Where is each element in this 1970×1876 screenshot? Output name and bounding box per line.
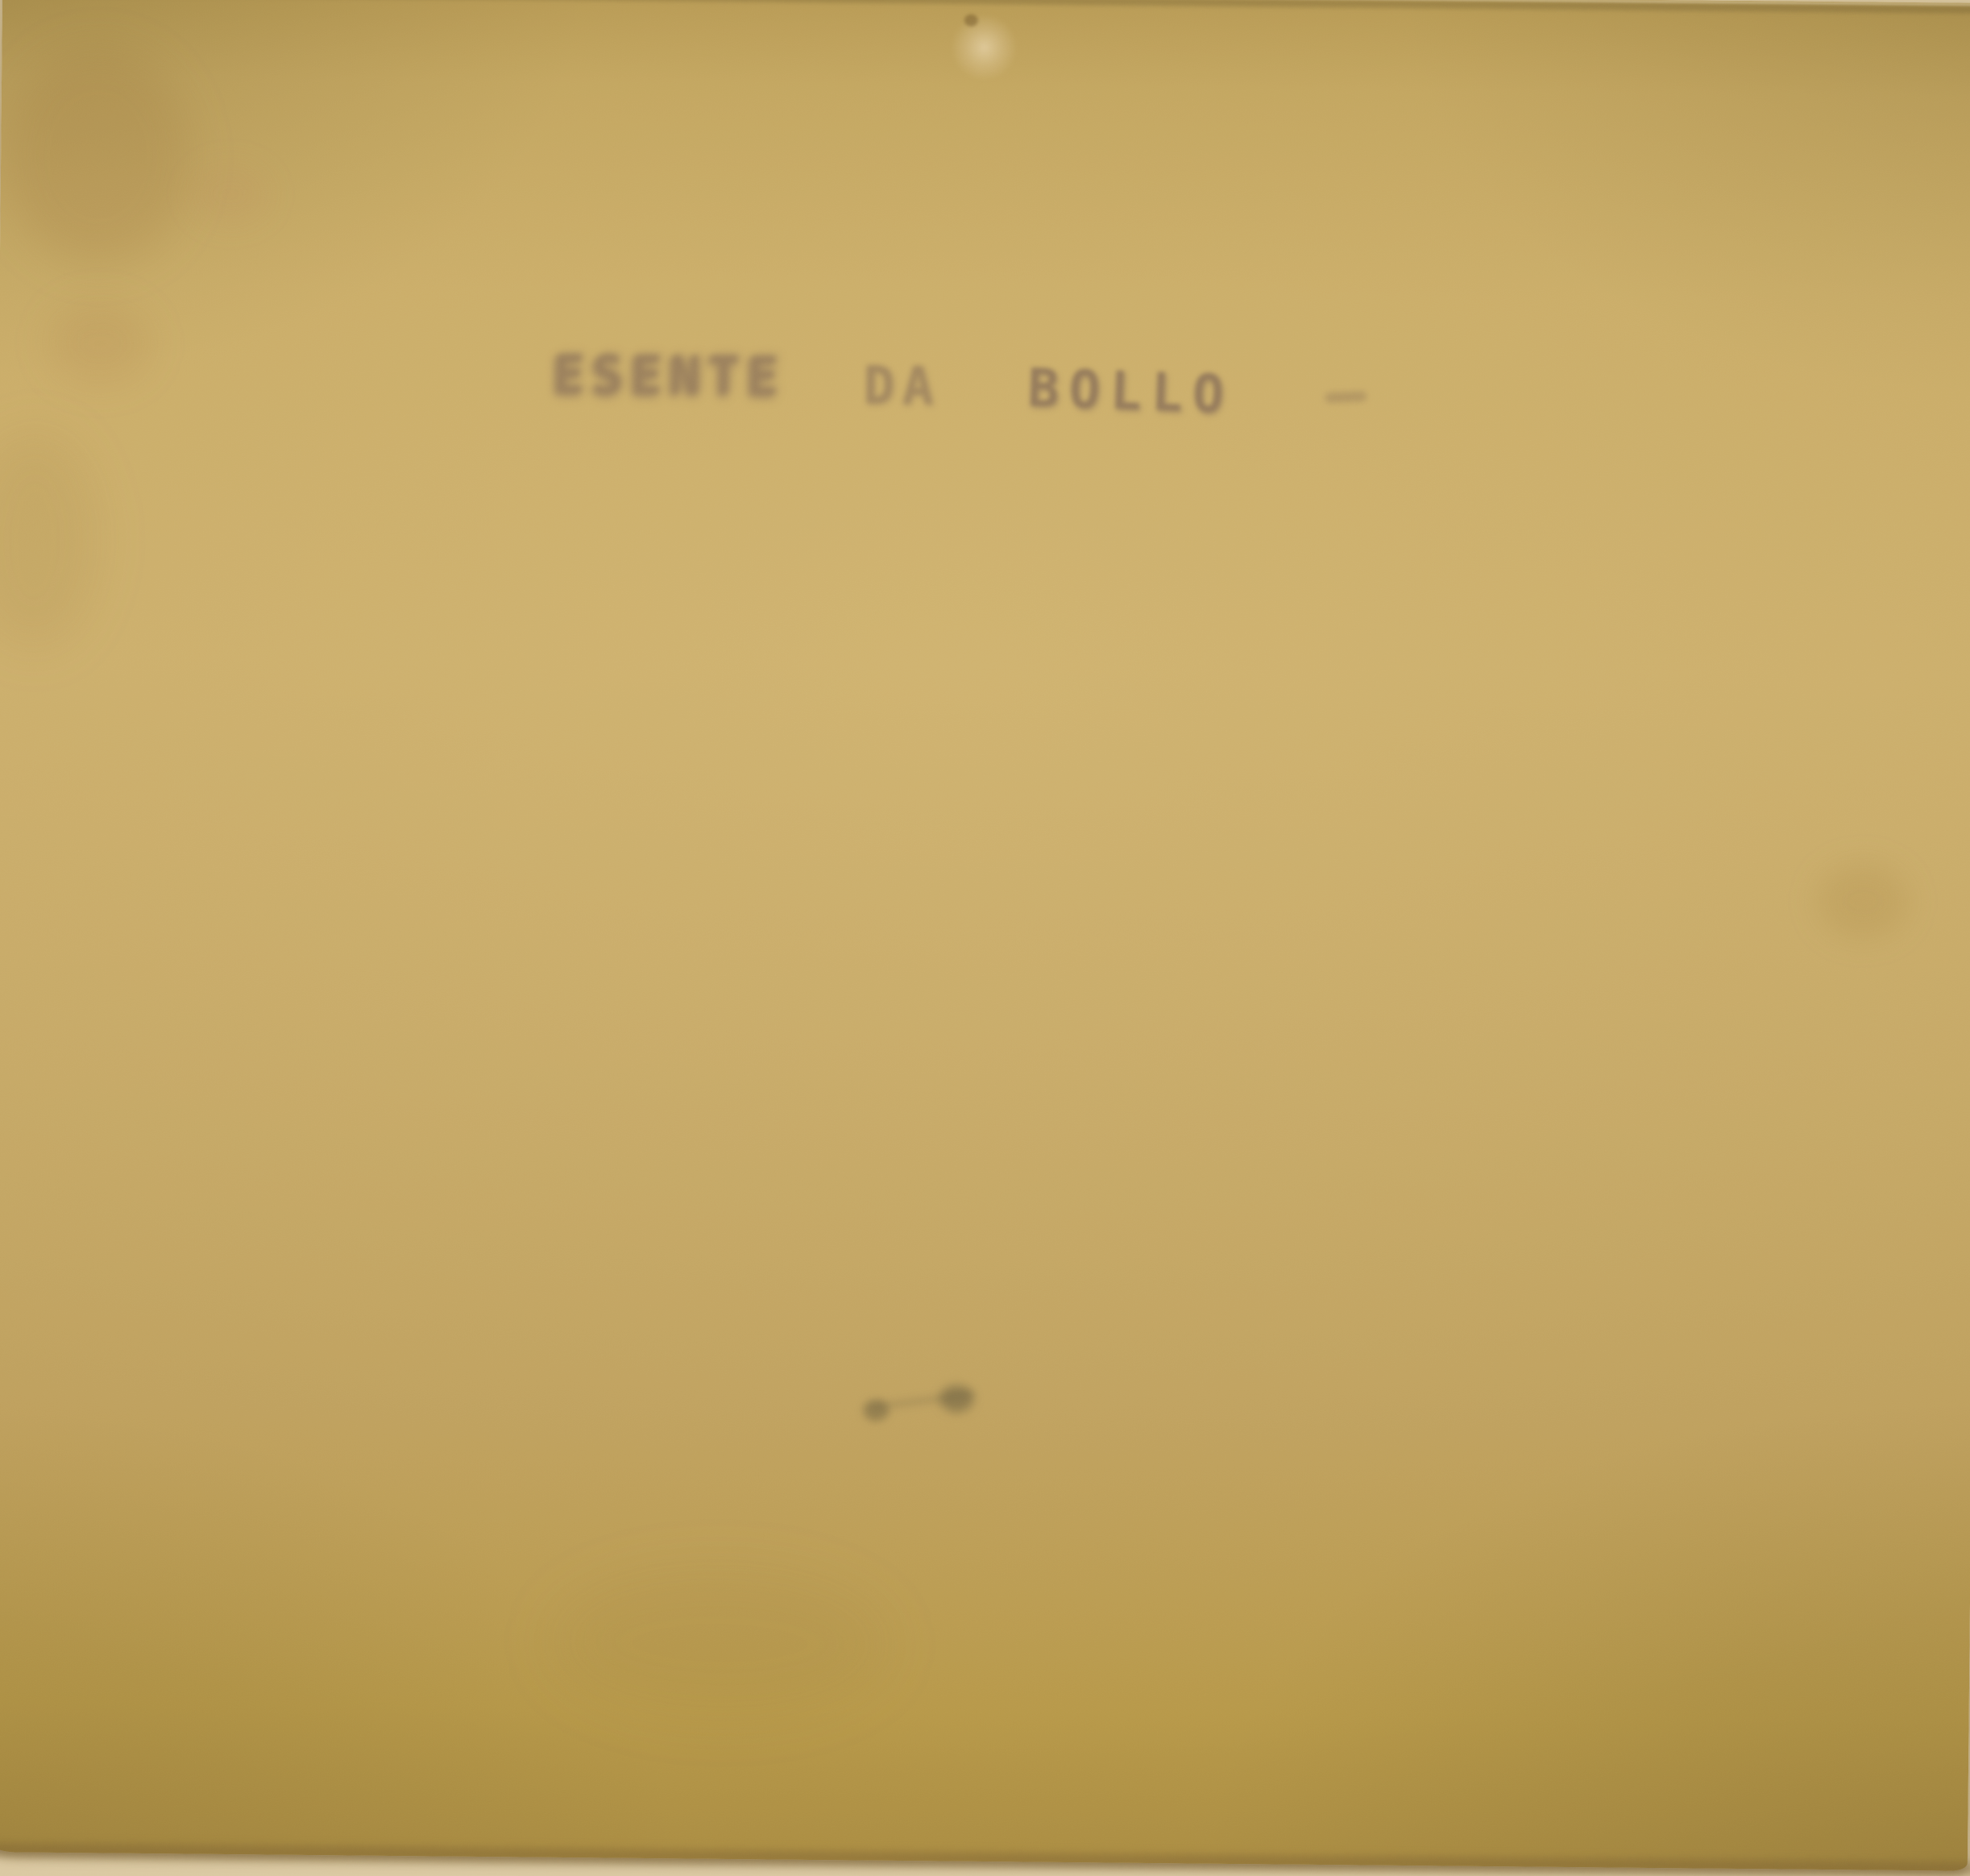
stain-mark: [47, 301, 152, 386]
stain-mark: [5, 47, 193, 266]
faint-dash-mark: [1325, 391, 1367, 403]
ink-smudge-dot: [939, 1384, 973, 1412]
stain-mark: [192, 165, 269, 224]
stain-mark: [0, 431, 100, 650]
ink-smudge-dot: [863, 1400, 889, 1422]
stamp-text: ESENTE DA BOLLO: [553, 349, 1234, 408]
aged-card-paper: ESENTE DA BOLLO: [0, 0, 1970, 1871]
stamp-word-esente: ESENTE: [553, 349, 786, 404]
pinhole-abrasion-mark: [951, 15, 1018, 81]
stamp-word-bollo: BOLLO: [1026, 362, 1234, 421]
stain-mark: [550, 1569, 890, 1717]
photo-of-card-back: ESENTE DA BOLLO: [0, 0, 1970, 1876]
pinhole-speck: [964, 15, 978, 27]
stain-mark: [1816, 862, 1910, 940]
top-edge-shadow: [2, 0, 1970, 14]
stamp-word-da: DA: [863, 360, 941, 413]
